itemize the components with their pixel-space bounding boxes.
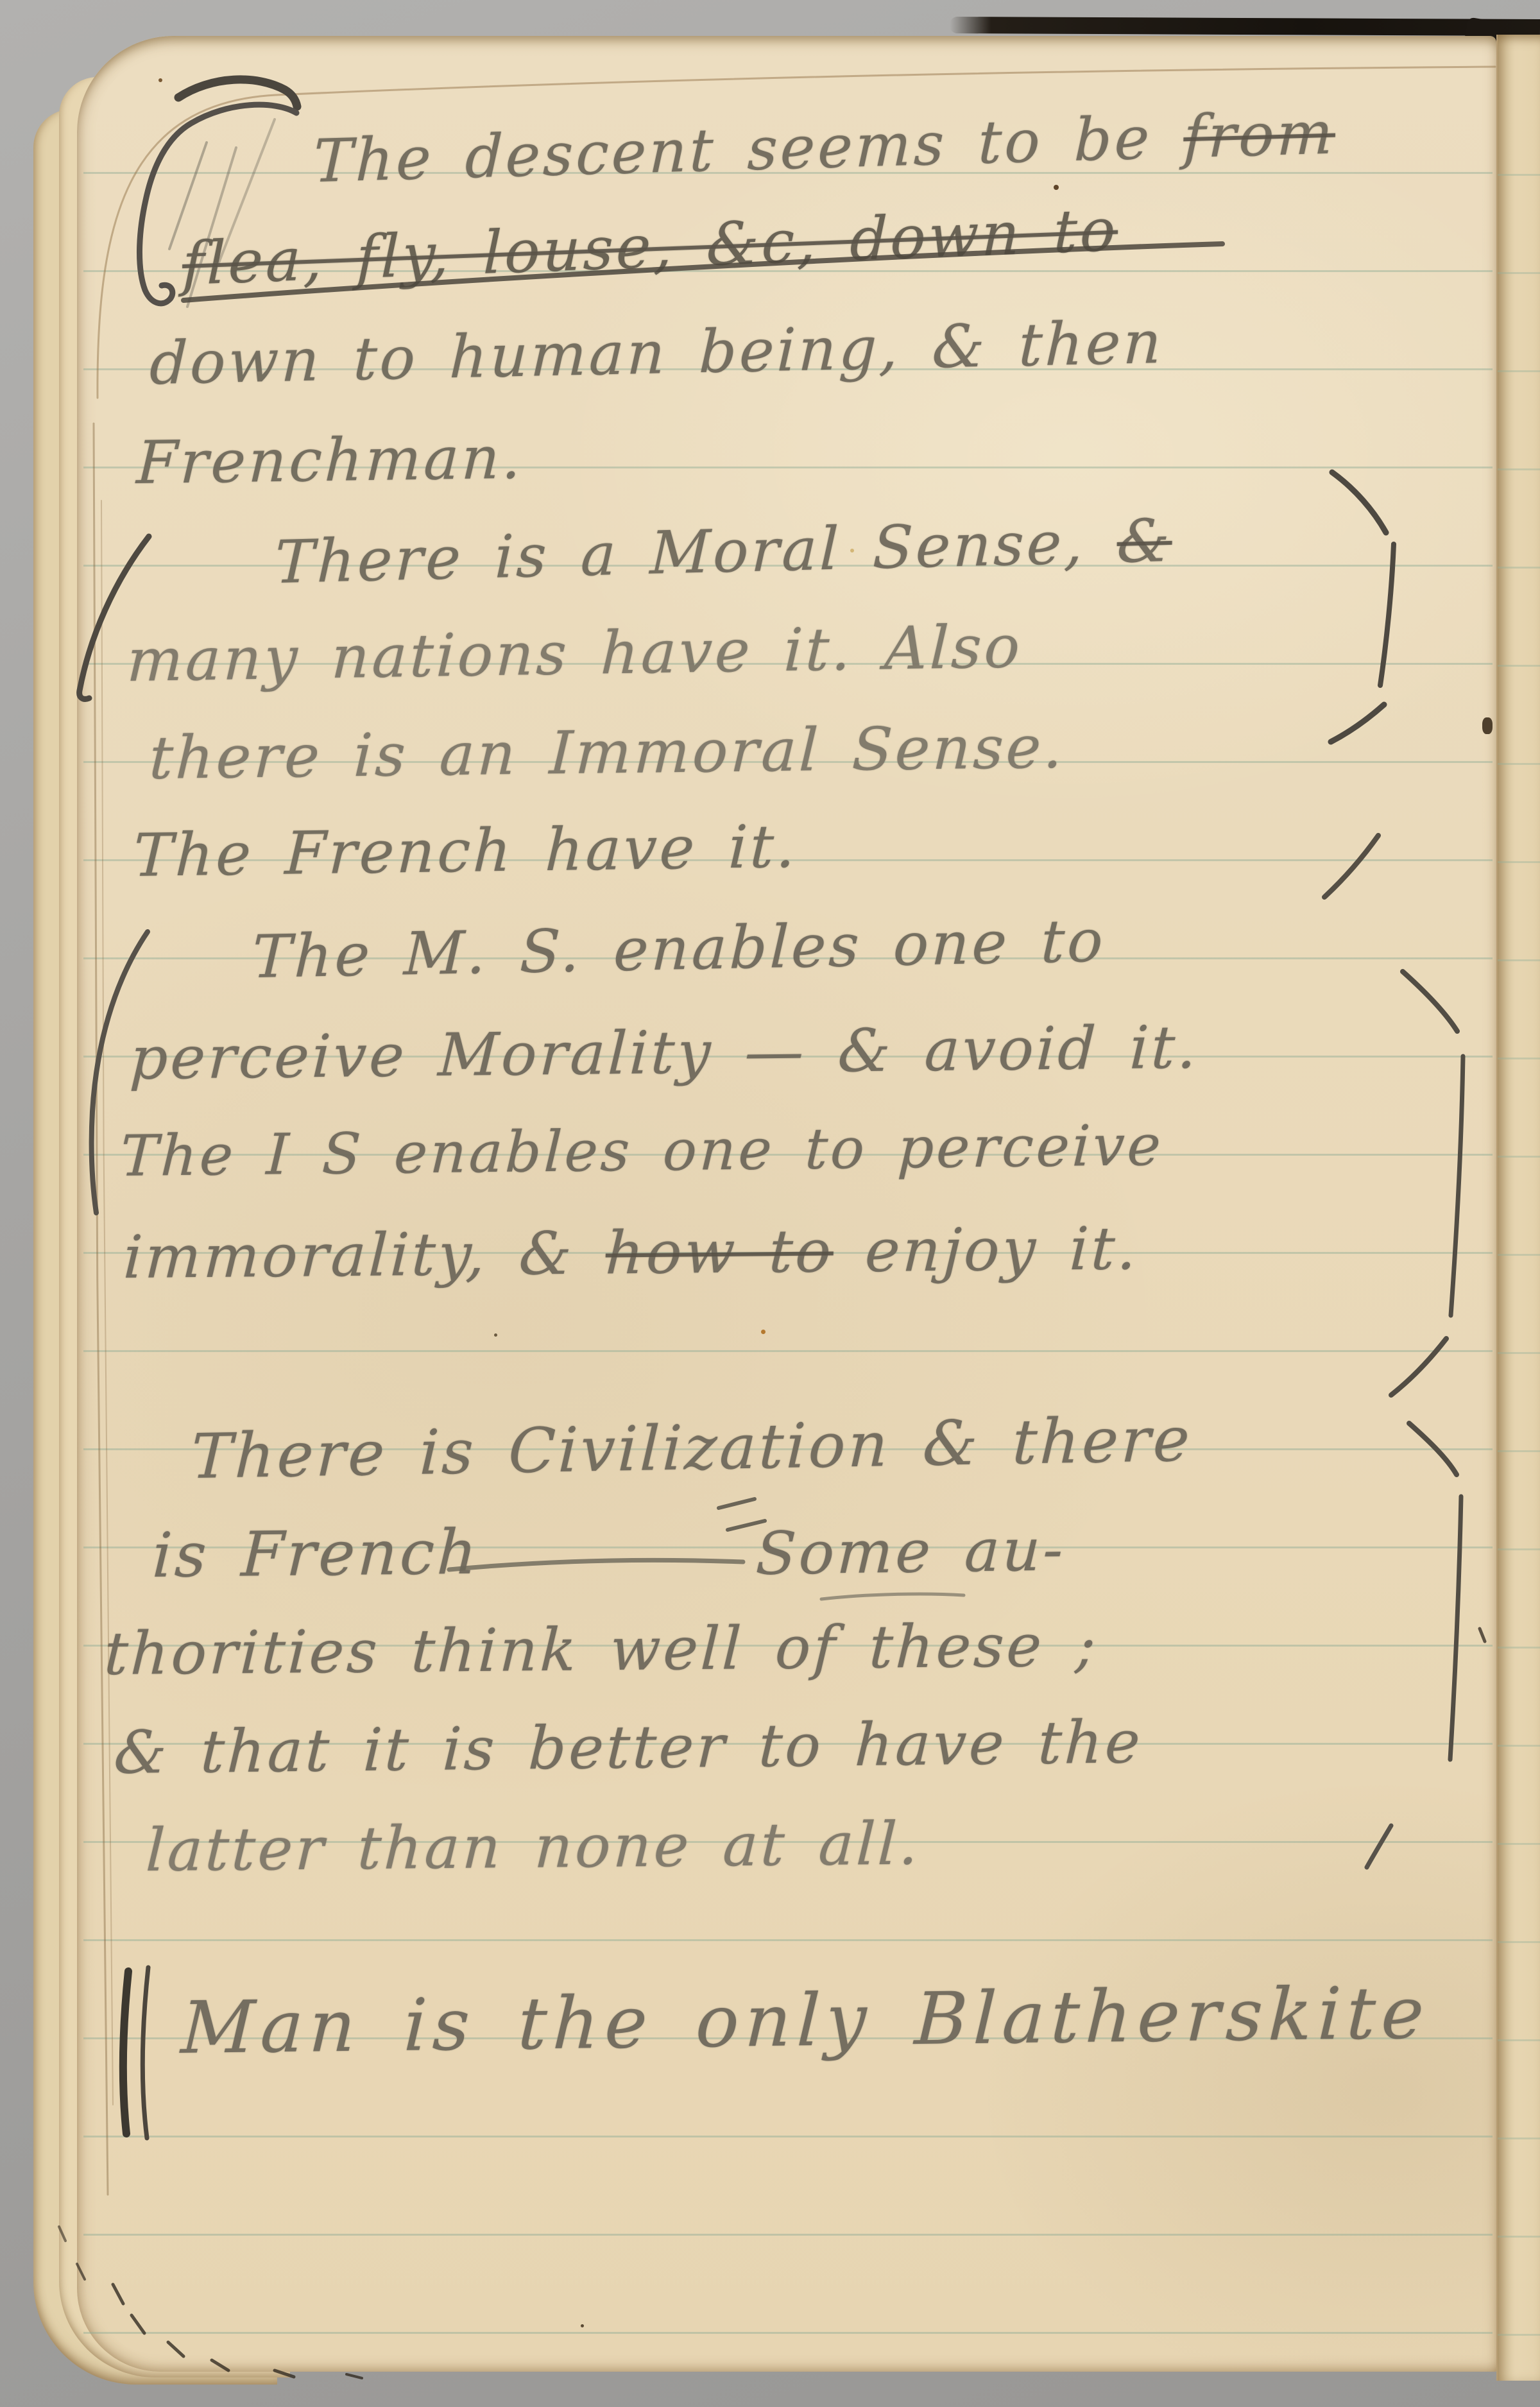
handwritten-line-15: thorities think well of these ; [103, 1611, 1099, 1688]
edge-blemish [1482, 717, 1493, 734]
handwritten-line-18: Man is the only Blatherskite [180, 1971, 1432, 2070]
handwritten-line-17: latter than none at all. [144, 1809, 922, 1885]
fox-spot [761, 1330, 766, 1334]
paper-speck [158, 78, 162, 82]
corner-fray [346, 2374, 362, 2378]
handwritten-line-4: Frenchman. [135, 424, 525, 497]
handwritten-line-11: The I S enables one to perceive [119, 1112, 1165, 1189]
underlying-page-right-edge [1496, 35, 1540, 2381]
paper-speck [1054, 185, 1059, 190]
handwritten-line-16: & that it is better to have the [113, 1708, 1144, 1787]
underlying-rule-lines [1498, 174, 1540, 2343]
notebook-spine-edge [950, 17, 1540, 36]
handwritten-line-12: immorality, & how to enjoy it. [122, 1214, 1140, 1292]
handwritten-line-6: many nations have it. Also [126, 612, 1023, 695]
handwritten-line-10: perceive Morality — & avoid it. [129, 1013, 1201, 1093]
paper-speck [494, 1333, 497, 1337]
handwritten-line-7: there is an Immoral Sense. [148, 713, 1066, 792]
handwritten-line-8: The French have it. [132, 812, 799, 891]
handwritten-line-14-left: is French [151, 1516, 481, 1591]
stain-spot [850, 549, 854, 552]
paper-speck [581, 2324, 584, 2327]
handwritten-line-14-right: Some au- [755, 1515, 1067, 1588]
